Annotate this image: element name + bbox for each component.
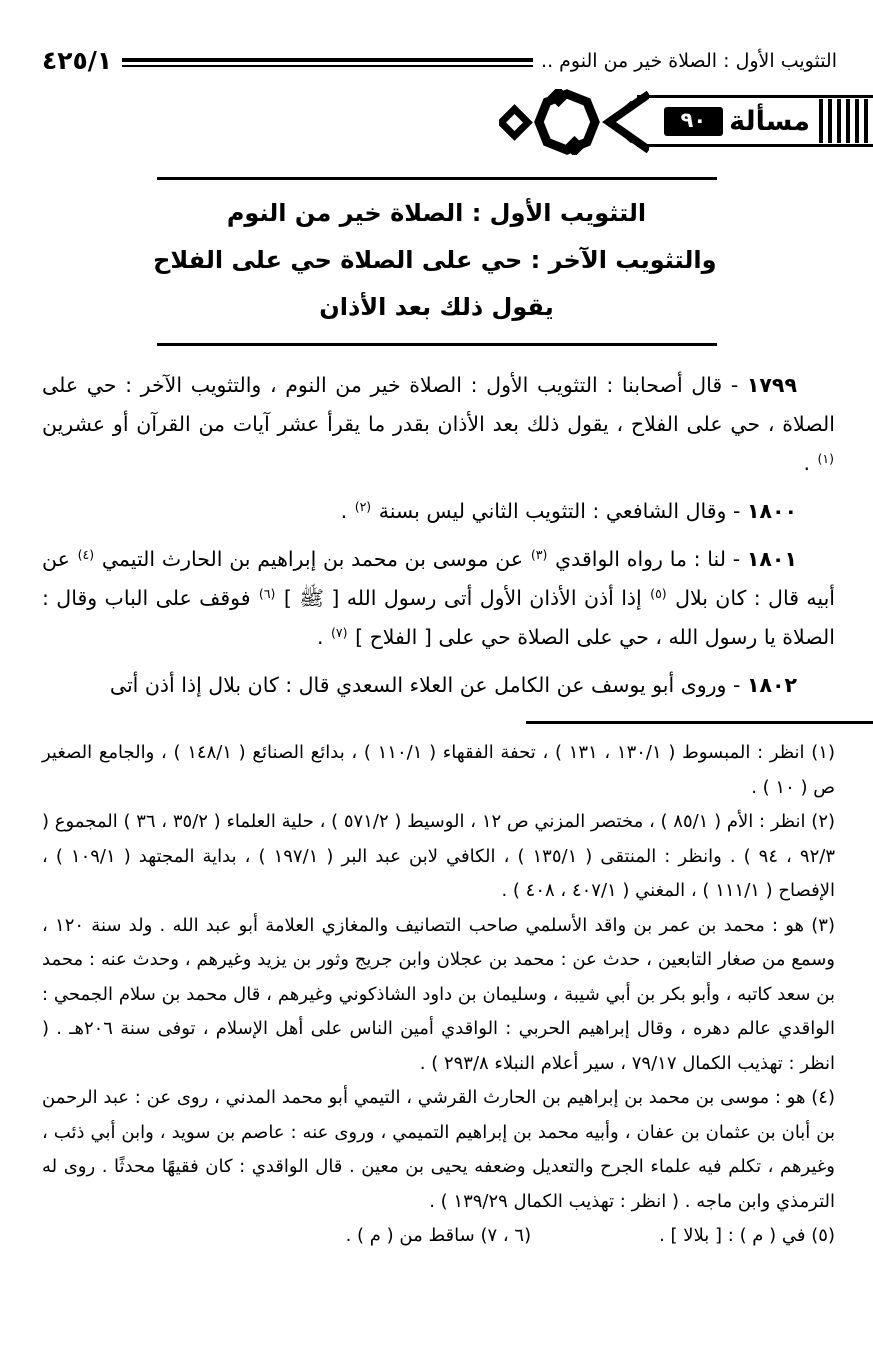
paragraph-text: لنا : ما رواه الواقدي <box>555 547 726 571</box>
body-text: ١٧٩٩ - قال أصحابنا : التثويب الأول : الص… <box>0 366 873 705</box>
footnote-ref-2: (٢) <box>355 499 372 514</box>
paragraph-text: . <box>341 499 348 523</box>
masala-banner: مسألة ٩٠ <box>637 95 873 147</box>
footnote-3: (٣) هو : محمد بن عمر بن واقد الأسلمي صاح… <box>42 909 835 1082</box>
paragraph-text: عن موسى بن محمد بن إبراهيم بن الحارث الت… <box>102 547 523 571</box>
masala-number-box: ٩٠ <box>664 107 724 136</box>
running-title: التثويب الأول : الصلاة خير من النوم .. <box>541 50 837 72</box>
paragraph-1801: ١٨٠١ - لنا : ما رواه الواقدي (٣) عن موسى… <box>42 540 835 657</box>
header-double-rule <box>122 58 533 67</box>
paragraph-number: ١٨٠٠ <box>747 499 797 523</box>
footnote-text: انظر : المبسوط ( ١٣٠/١ ، ١٣١ ) ، تحفة ال… <box>42 742 835 798</box>
footnote-ref-3: (٣) <box>531 547 548 562</box>
masala-banner-row: مسألة ٩٠ <box>0 91 873 153</box>
stripes-decoration <box>819 99 871 143</box>
dash-separator: - <box>731 373 738 397</box>
paragraph-number: ١٧٩٩ <box>747 373 797 397</box>
page-number: ٤٢٥/١ <box>42 46 112 75</box>
footnote-marker: (٤) <box>811 1087 835 1108</box>
chapter-title-block: التثويب الأول : الصلاة خير من النوم والت… <box>157 177 717 346</box>
book-page: التثويب الأول : الصلاة خير من النوم .. ٤… <box>0 0 873 1350</box>
paragraph-1799: ١٧٩٩ - قال أصحابنا : التثويب الأول : الص… <box>42 366 835 483</box>
paragraph-text: وروى أبو يوسف عن الكامل عن العلاء السعدي… <box>110 673 727 697</box>
footnote-marker: (١) <box>811 742 835 763</box>
footnote-separator <box>526 721 873 724</box>
footnote-ref-4: (٤) <box>78 547 95 562</box>
paragraph-number: ١٨٠٢ <box>747 673 797 697</box>
dash-separator: - <box>733 547 740 571</box>
footnote-5-6-7-row: (٥) في ( م ) : [ بلالا ] . (٦ ، ٧) ساقط … <box>42 1219 835 1254</box>
footnote-ref-6: (٦) <box>259 586 276 601</box>
footnote-4: (٤) هو : موسى بن محمد بن إبراهيم بن الحا… <box>42 1081 835 1219</box>
paragraph-text: وقال الشافعي : التثويب الثاني ليس بسنة <box>379 499 727 523</box>
paragraph-1802: ١٨٠٢ - وروى أبو يوسف عن الكامل عن العلاء… <box>42 666 835 705</box>
paragraph-text: قال أصحابنا : التثويب الأول : الصلاة خير… <box>42 373 835 436</box>
paragraph-text: إذا أذن الأذان الأول أتى رسول الله [ ﷺ ] <box>284 586 642 610</box>
chapter-title-line-1: التثويب الأول : الصلاة خير من النوم <box>157 190 717 237</box>
running-header: التثويب الأول : الصلاة خير من النوم .. ٤… <box>0 0 873 75</box>
footnote-text: ساقط من ( م ) . <box>346 1225 475 1246</box>
dash-separator: - <box>733 673 740 697</box>
paragraph-1800: ١٨٠٠ - وقال الشافعي : التثويب الثاني ليس… <box>42 492 835 531</box>
footnote-marker: (٢) <box>811 811 835 832</box>
footnote-ref-1: (١) <box>818 451 835 466</box>
chapter-title-line-2: والتثويب الآخر : حي على الصلاة حي على ال… <box>157 237 717 284</box>
footnote-marker: (٥) <box>811 1225 835 1246</box>
paragraph-text: . <box>317 625 324 649</box>
footnote-ref-7: (٧) <box>331 625 348 640</box>
footnote-marker: (٦ ، ٧) <box>480 1225 531 1246</box>
footnote-text: هو : موسى بن محمد بن إبراهيم بن الحارث ا… <box>42 1087 835 1212</box>
footnote-text: هو : محمد بن عمر بن واقد الأسلمي صاحب ال… <box>42 915 835 1074</box>
knot-ornament-icon <box>499 89 649 155</box>
footnotes-section: (١) انظر : المبسوط ( ١٣٠/١ ، ١٣١ ) ، تحف… <box>0 736 873 1254</box>
footnote-6-7: (٦ ، ٧) ساقط من ( م ) . <box>346 1219 532 1254</box>
paragraph-number: ١٨٠١ <box>747 547 797 571</box>
chapter-title-line-3: يقول ذلك بعد الأذان <box>157 284 717 331</box>
paragraph-text: . <box>803 451 810 475</box>
footnote-5: (٥) في ( م ) : [ بلالا ] . <box>659 1219 835 1254</box>
footnote-marker: (٣) <box>811 915 835 936</box>
masala-label: مسألة <box>729 106 810 137</box>
dash-separator: - <box>733 499 740 523</box>
footnote-text: في ( م ) : [ بلالا ] . <box>659 1225 805 1246</box>
footnote-ref-5: (٥) <box>650 586 667 601</box>
footnote-1: (١) انظر : المبسوط ( ١٣٠/١ ، ١٣١ ) ، تحف… <box>42 736 835 805</box>
footnote-2: (٢) انظر : الأم ( ٨٥/١ ) ، مختصر المزني … <box>42 805 835 909</box>
footnote-text: انظر : الأم ( ٨٥/١ ) ، مختصر المزني ص ١٢… <box>42 811 835 901</box>
masala-number: ٩٠ <box>681 108 707 132</box>
